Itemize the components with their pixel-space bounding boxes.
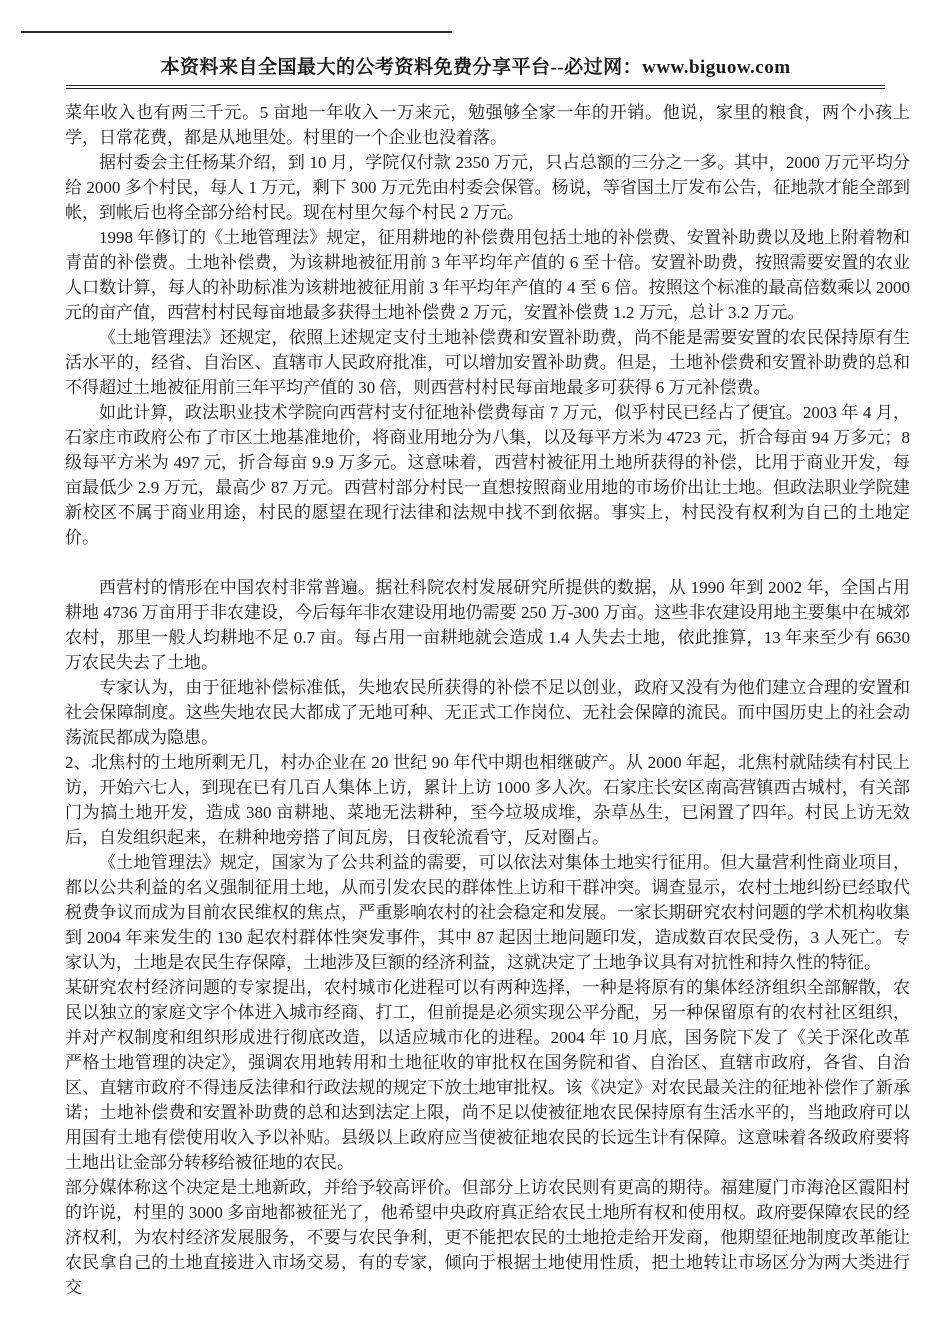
blank-line — [65, 550, 910, 575]
paragraph: 《土地管理法》还规定，依照上述规定支付土地补偿费和安置补助费，尚不能是需要安置的… — [65, 325, 910, 400]
page-header: 本资料来自全国最大的公考资料免费分享平台--必过网：www.biguow.com — [66, 52, 885, 89]
paragraph: 专家认为，由于征地补偿标准低，失地农民所获得的补偿不足以创业，政府又没有为他们建… — [65, 675, 910, 750]
top-edge-rule — [21, 31, 452, 33]
paragraph: 据村委会主任杨某介绍，到 10 月，学院仅付款 2350 万元，只占总额的三分之… — [65, 150, 910, 225]
document-page: 本资料来自全国最大的公考资料免费分享平台--必过网：www.biguow.com… — [0, 0, 950, 1344]
paragraph: 某研究农村经济问题的专家提出，农村城市化进程可以有两种选择，一种是将原有的集体经… — [65, 975, 910, 1175]
header-text: 本资料来自全国最大的公考资料免费分享平台--必过网：www.biguow.com — [160, 57, 790, 78]
paragraph: 菜年收入也有两三千元。5 亩地一年收入一万来元，勉强够全家一年的开销。他说，家里… — [65, 100, 910, 150]
paragraph: 2、北焦村的土地所剩无几，村办企业在 20 世纪 90 年代中期也相继破产。从 … — [65, 750, 910, 850]
paragraph: 如此计算，政法职业技术学院向西营村支付征地补偿费每亩 7 万元，似乎村民已经占了… — [65, 400, 910, 550]
paragraph: 1998 年修订的《土地管理法》规定，征用耕地的补偿费用包括土地的补偿费、安置补… — [65, 225, 910, 325]
paragraph: 部分媒体称这个决定是土地新政，并给予较高评价。但部分上访农民则有更高的期待。福建… — [65, 1175, 910, 1300]
paragraph: 西营村的情形在中国农村非常普遍。据社科院农村发展研究所提供的数据，从 1990 … — [65, 575, 910, 675]
paragraph: 《土地管理法》规定，国家为了公共利益的需要，可以依法对集体土地实行征用。但大量营… — [65, 850, 910, 975]
document-body: 菜年收入也有两三千元。5 亩地一年收入一万来元，勉强够全家一年的开销。他说，家里… — [65, 100, 910, 1300]
